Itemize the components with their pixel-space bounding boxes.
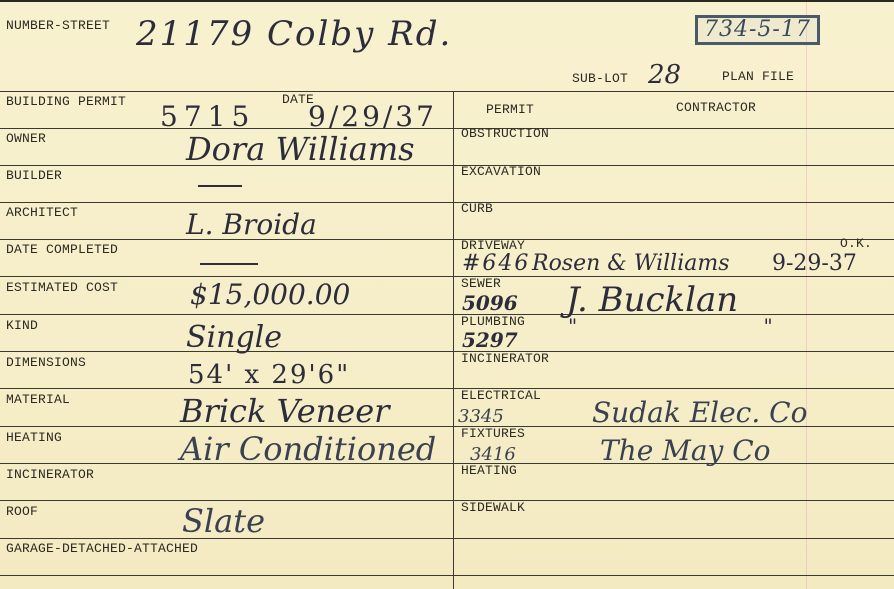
number-street-value: 21179 Colby Rd. — [136, 14, 452, 54]
ok-label: O.K. — [840, 236, 872, 251]
sub-lot-label: SUB-LOT — [572, 71, 628, 86]
building-permit-value: 5715 — [160, 100, 255, 133]
estimated-cost-value: $15,000.00 — [190, 278, 350, 311]
roof-value: Slate — [182, 502, 265, 540]
plumbing-permit-value: 5297 — [462, 328, 518, 352]
driveway-permit-value: #646 — [462, 251, 530, 276]
fixtures-contractor-value: The May Co — [600, 434, 771, 467]
sidewalk-label: SIDEWALK — [461, 500, 525, 515]
excavation-label: EXCAVATION — [461, 164, 541, 179]
kind-value: Single — [186, 320, 282, 355]
plan-file-label: PLAN FILE — [722, 69, 794, 84]
column-divider — [453, 91, 454, 589]
plumbing-contractor-value: " " — [568, 314, 863, 338]
roof-label: ROOF — [6, 504, 38, 519]
date-completed-blank-dash — [200, 263, 258, 265]
incinerator-label: INCINERATOR — [6, 467, 94, 482]
electrical-contractor-value: Sudak Elec. Co — [592, 396, 807, 429]
divider — [0, 239, 894, 240]
date-completed-label: DATE COMPLETED — [6, 242, 118, 257]
material-value: Brick Veneer — [180, 392, 389, 430]
divider — [0, 276, 894, 277]
heating-label: HEATING — [6, 430, 62, 445]
sewer-permit-value: 5096 — [462, 291, 518, 315]
architect-value: L. Broida — [186, 208, 317, 241]
material-label: MATERIAL — [6, 392, 70, 407]
incinerator-permit-label: INCINERATOR — [461, 351, 549, 366]
divider — [0, 202, 894, 203]
dimensions-label: DIMENSIONS — [6, 355, 86, 370]
permit-card: NUMBER-STREET 21179 Colby Rd. 734-5-17 S… — [0, 0, 894, 589]
garage-label: GARAGE-DETACHED-ATTACHED — [6, 541, 198, 556]
divider — [0, 538, 894, 539]
divider — [0, 128, 894, 129]
heating-value: Air Conditioned — [180, 430, 436, 468]
contractor-column-header: CONTRACTOR — [676, 100, 756, 115]
dimensions-value: 54' x 29'6" — [188, 360, 350, 390]
permit-column-header: PERMIT — [486, 102, 534, 117]
building-permit-label: BUILDING PERMIT — [6, 94, 126, 109]
kind-label: KIND — [6, 318, 38, 333]
date-value: 9/29/37 — [308, 100, 437, 133]
sewer-label: SEWER — [461, 276, 501, 291]
fixtures-label: FIXTURES — [461, 426, 525, 441]
owner-label: OWNER — [6, 131, 46, 146]
divider — [0, 575, 894, 576]
builder-blank-dash — [198, 185, 242, 187]
electrical-label: ELECTRICAL — [461, 388, 541, 403]
file-number-stamp: 734-5-17 — [695, 15, 820, 45]
obstruction-label: OBSTRUCTION — [461, 126, 549, 141]
divider — [0, 388, 894, 389]
estimated-cost-label: ESTIMATED COST — [6, 280, 118, 295]
electrical-permit-value: 3345 — [458, 406, 504, 427]
sub-lot-value: 28 — [648, 60, 681, 90]
divider — [0, 500, 894, 501]
divider — [0, 165, 894, 166]
divider — [0, 351, 894, 352]
number-street-label: NUMBER-STREET — [6, 18, 110, 33]
plumbing-label: PLUMBING — [461, 314, 525, 329]
builder-label: BUILDER — [6, 168, 62, 183]
fixtures-permit-value: 3416 — [470, 444, 516, 465]
curb-label: CURB — [461, 201, 493, 216]
driveway-contractor-value: Rosen & Williams — [532, 251, 730, 276]
owner-value: Dora Williams — [186, 130, 415, 168]
architect-label: ARCHITECT — [6, 205, 78, 220]
heating-permit-label: HEATING — [461, 463, 517, 478]
driveway-ok-date: 9-29-37 — [772, 251, 857, 276]
divider — [0, 91, 894, 92]
